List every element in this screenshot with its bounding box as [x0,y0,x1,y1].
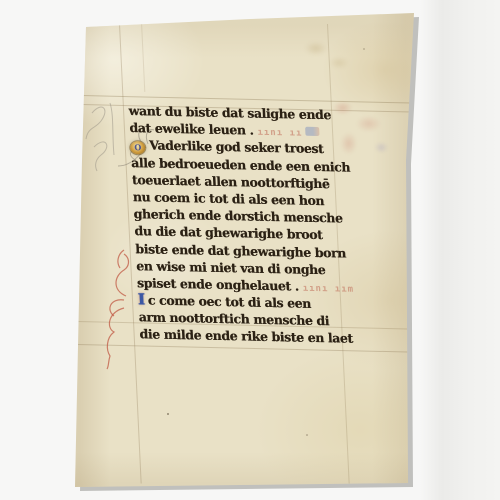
photograph-background: want du biste dat salighe ende dat eweli… [0,0,500,500]
blue-initial-red-flourish [96,238,138,370]
ink-speck [306,434,308,436]
manuscript-leaf: want du biste dat salighe ende dat eweli… [0,0,500,500]
text-line-14: die milde ende rike biste en laet [139,324,372,346]
show-through-stain [296,34,362,82]
ink-speck [363,48,365,50]
ink-speck [167,413,169,415]
text-block: want du biste dat salighe ende dat eweli… [128,100,372,346]
line-filler-ornament [305,127,319,136]
